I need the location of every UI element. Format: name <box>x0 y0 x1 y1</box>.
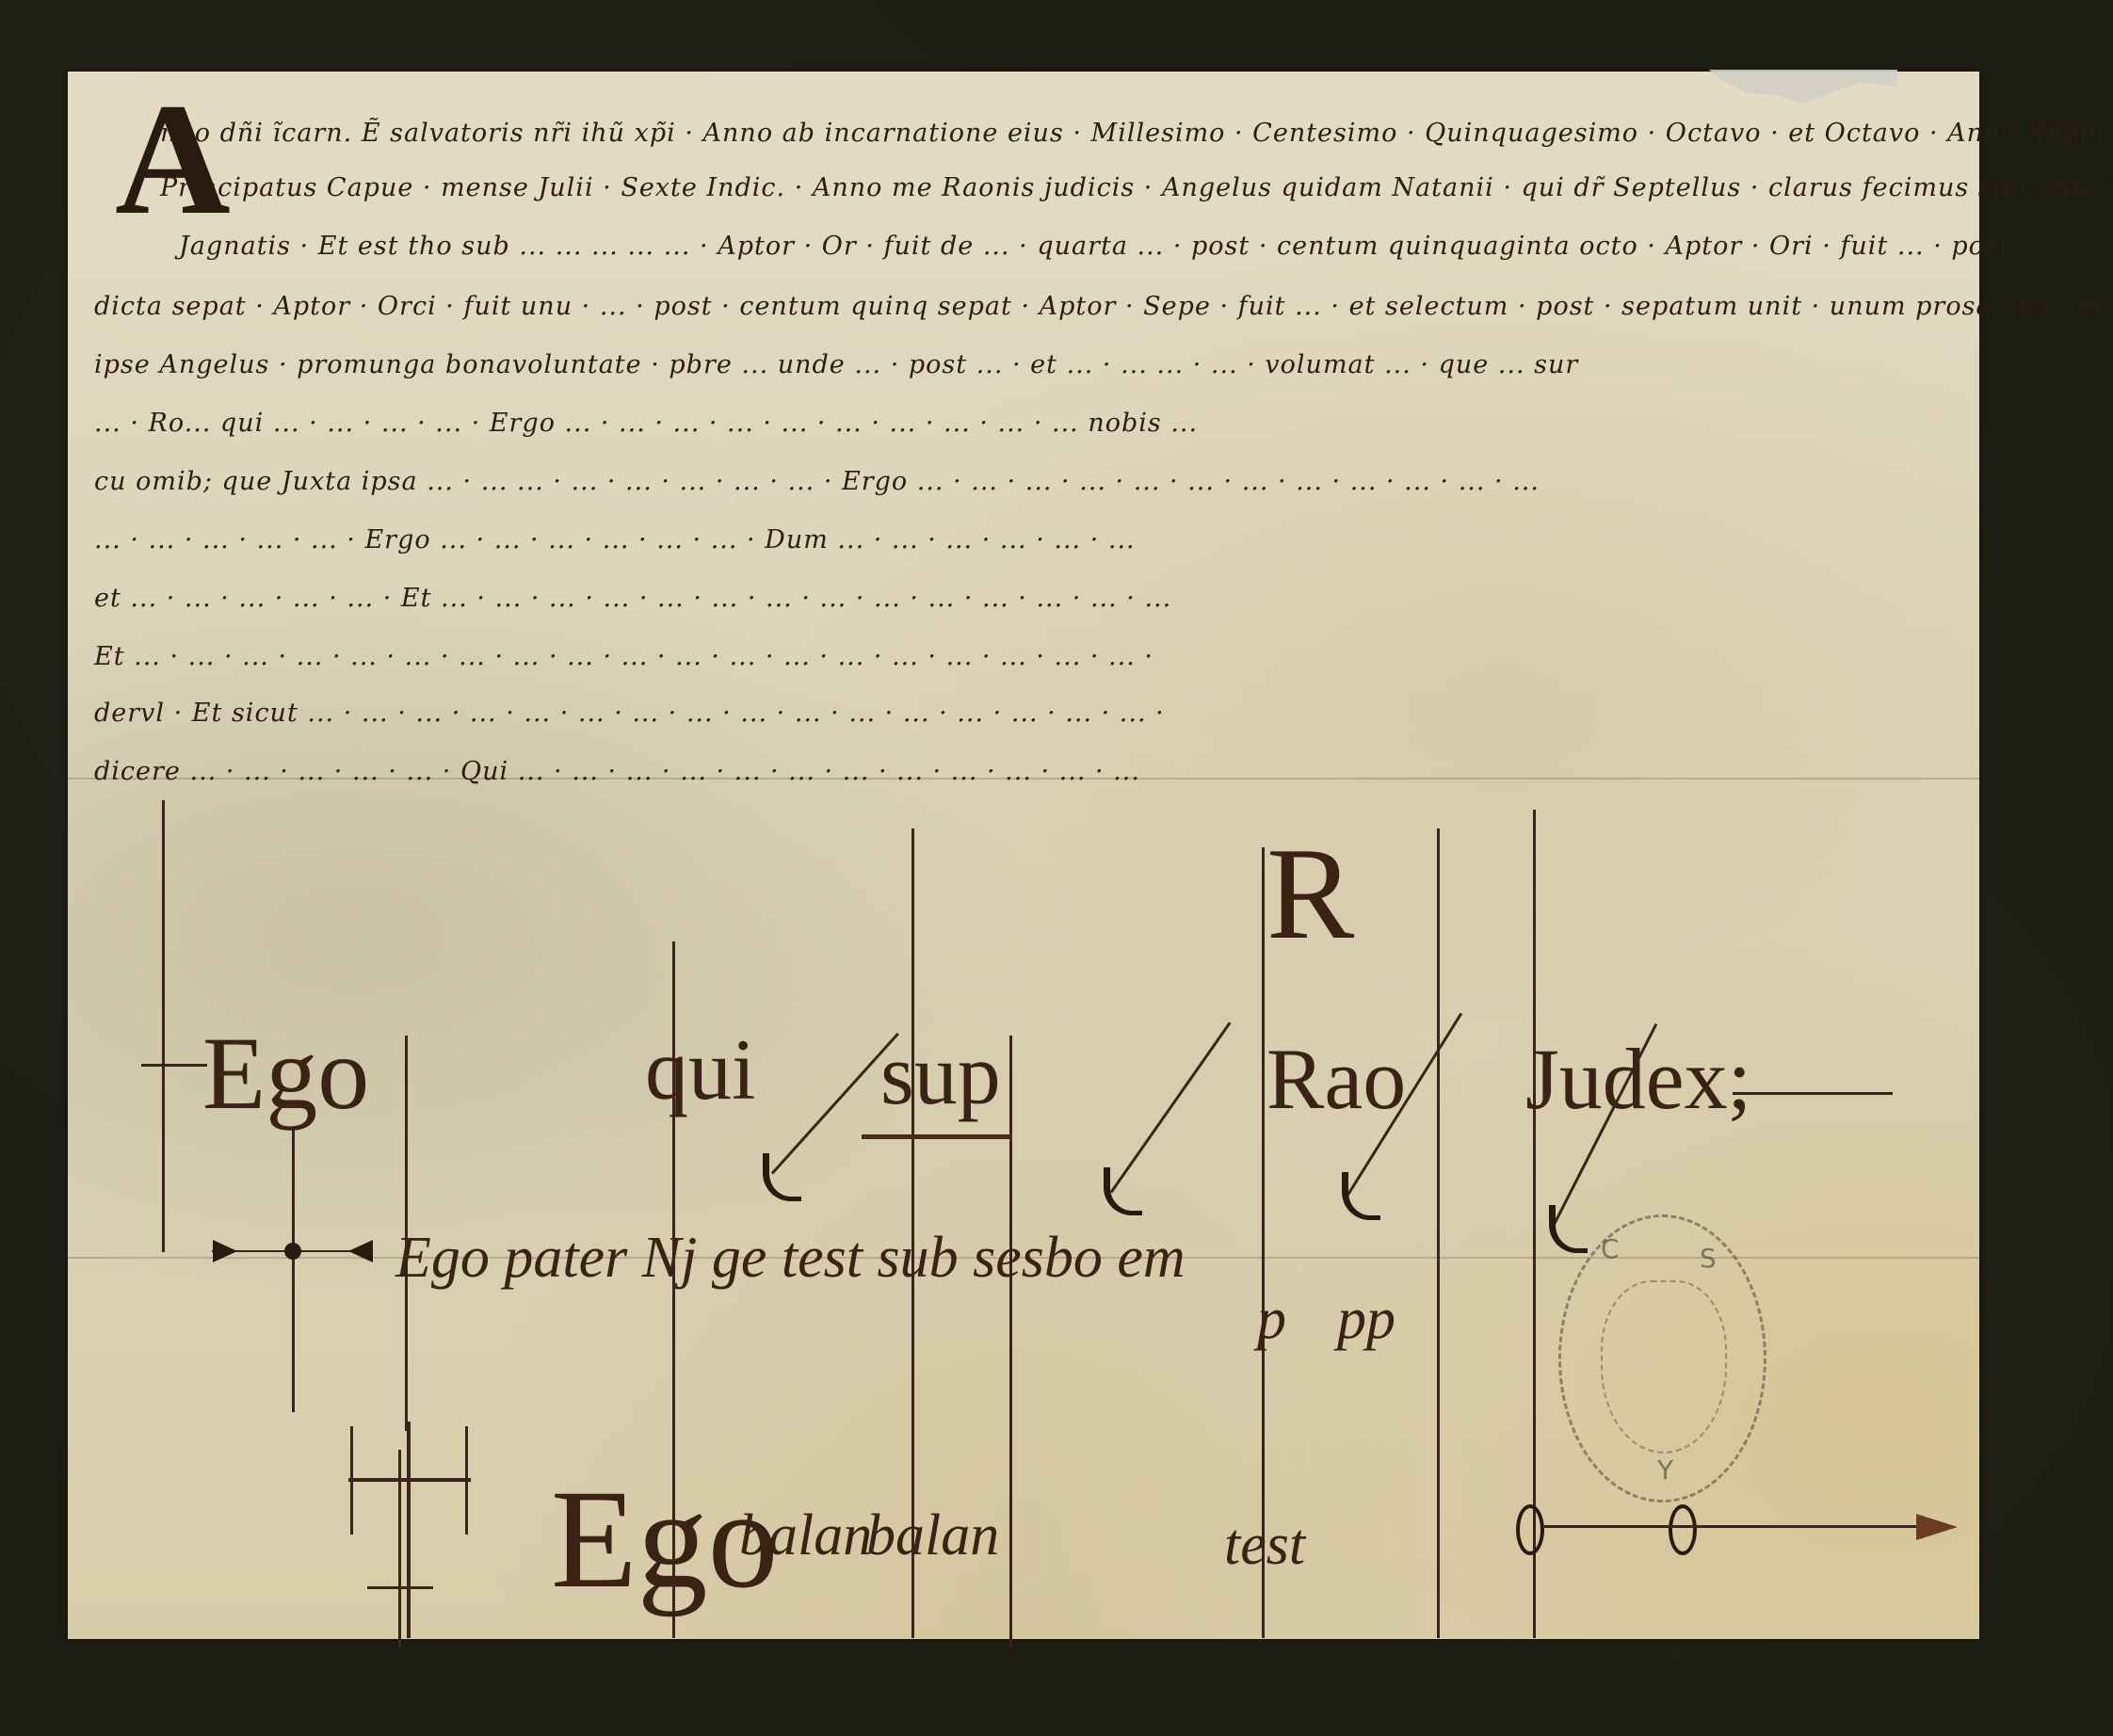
terminal-oval <box>1669 1504 1697 1555</box>
seal-letter: S <box>1700 1243 1717 1274</box>
signature-pp: pp <box>1337 1290 1395 1348</box>
cross-bar <box>862 1134 1012 1139</box>
cross-foot <box>367 1586 433 1589</box>
cross-horizontal <box>348 1478 471 1482</box>
signature-qui: qui <box>645 1026 756 1113</box>
cross-serif <box>350 1426 353 1535</box>
cross-serif <box>465 1426 468 1535</box>
signature-sup: sup <box>880 1031 1001 1117</box>
text-line: ipse Angelus · promunga bonavoluntate · … <box>94 350 1578 379</box>
signature-stroke <box>1009 1036 1012 1648</box>
signature-balan: balan <box>739 1506 872 1565</box>
text-line: cu omib; que Juxta ipsa ... · ... ... · … <box>94 467 1540 496</box>
signature-ego: Ego <box>202 1021 369 1125</box>
cross-arrow-right <box>348 1240 373 1262</box>
cross-vertical <box>407 1422 411 1638</box>
cross-bar <box>141 1064 207 1067</box>
seal-figure <box>1601 1280 1727 1454</box>
text-line: dicere ... · ... · ... · ... · ... · Qui… <box>94 757 1140 786</box>
signature-test: test <box>1224 1516 1305 1574</box>
signature-judex: Judex; <box>1525 1036 1751 1122</box>
terminal-arrow <box>1916 1514 1958 1540</box>
text-line: nno dñi ĩcarn. Ẽ salvatoris nr̃i ihũ xp̃… <box>160 119 2113 148</box>
text-line: Jagnatis · Et est tho sub ... ... ... ..… <box>179 232 2010 261</box>
text-line: ... · ... · ... · ... · ... · Ergo ... ·… <box>94 525 1136 555</box>
terminal-line <box>1544 1525 1940 1528</box>
signature-stroke <box>1437 828 1440 1638</box>
illuminated-initial: A <box>115 79 231 239</box>
text-line: ... · Ro... qui ... · ... · ... · ... · … <box>94 409 1198 438</box>
seal-letter: C <box>1601 1233 1620 1264</box>
text-line: Et ... · ... · ... · ... · ... · ... · .… <box>94 642 1153 671</box>
signature-stroke <box>162 800 165 1252</box>
signature-balan-2: balan <box>866 1506 999 1565</box>
text-line: Principatus Capue · mense Julii · Sexte … <box>160 173 2113 202</box>
signature-pater: Ego pater Nj ge test sub sesbo em <box>395 1229 1186 1287</box>
cross-vertical <box>292 1130 295 1412</box>
terminal-oval <box>1516 1504 1544 1555</box>
cross-center-dot <box>284 1243 301 1260</box>
seal-letter: Y <box>1657 1455 1673 1486</box>
signature-p: p <box>1257 1290 1286 1348</box>
signature-rao-initial: R <box>1266 828 1354 960</box>
text-line: et ... · ... · ... · ... · ... · Et ... … <box>94 584 1171 613</box>
text-line: dicta sepat · Aptor · Orci · fuit unu · … <box>94 292 2113 321</box>
signature-rao: Rao <box>1266 1036 1406 1122</box>
flourish-line <box>1733 1092 1893 1095</box>
text-line: dervl · Et sicut ... · ... · ... · ... ·… <box>94 699 1165 728</box>
cross-arrow-left <box>213 1240 237 1262</box>
